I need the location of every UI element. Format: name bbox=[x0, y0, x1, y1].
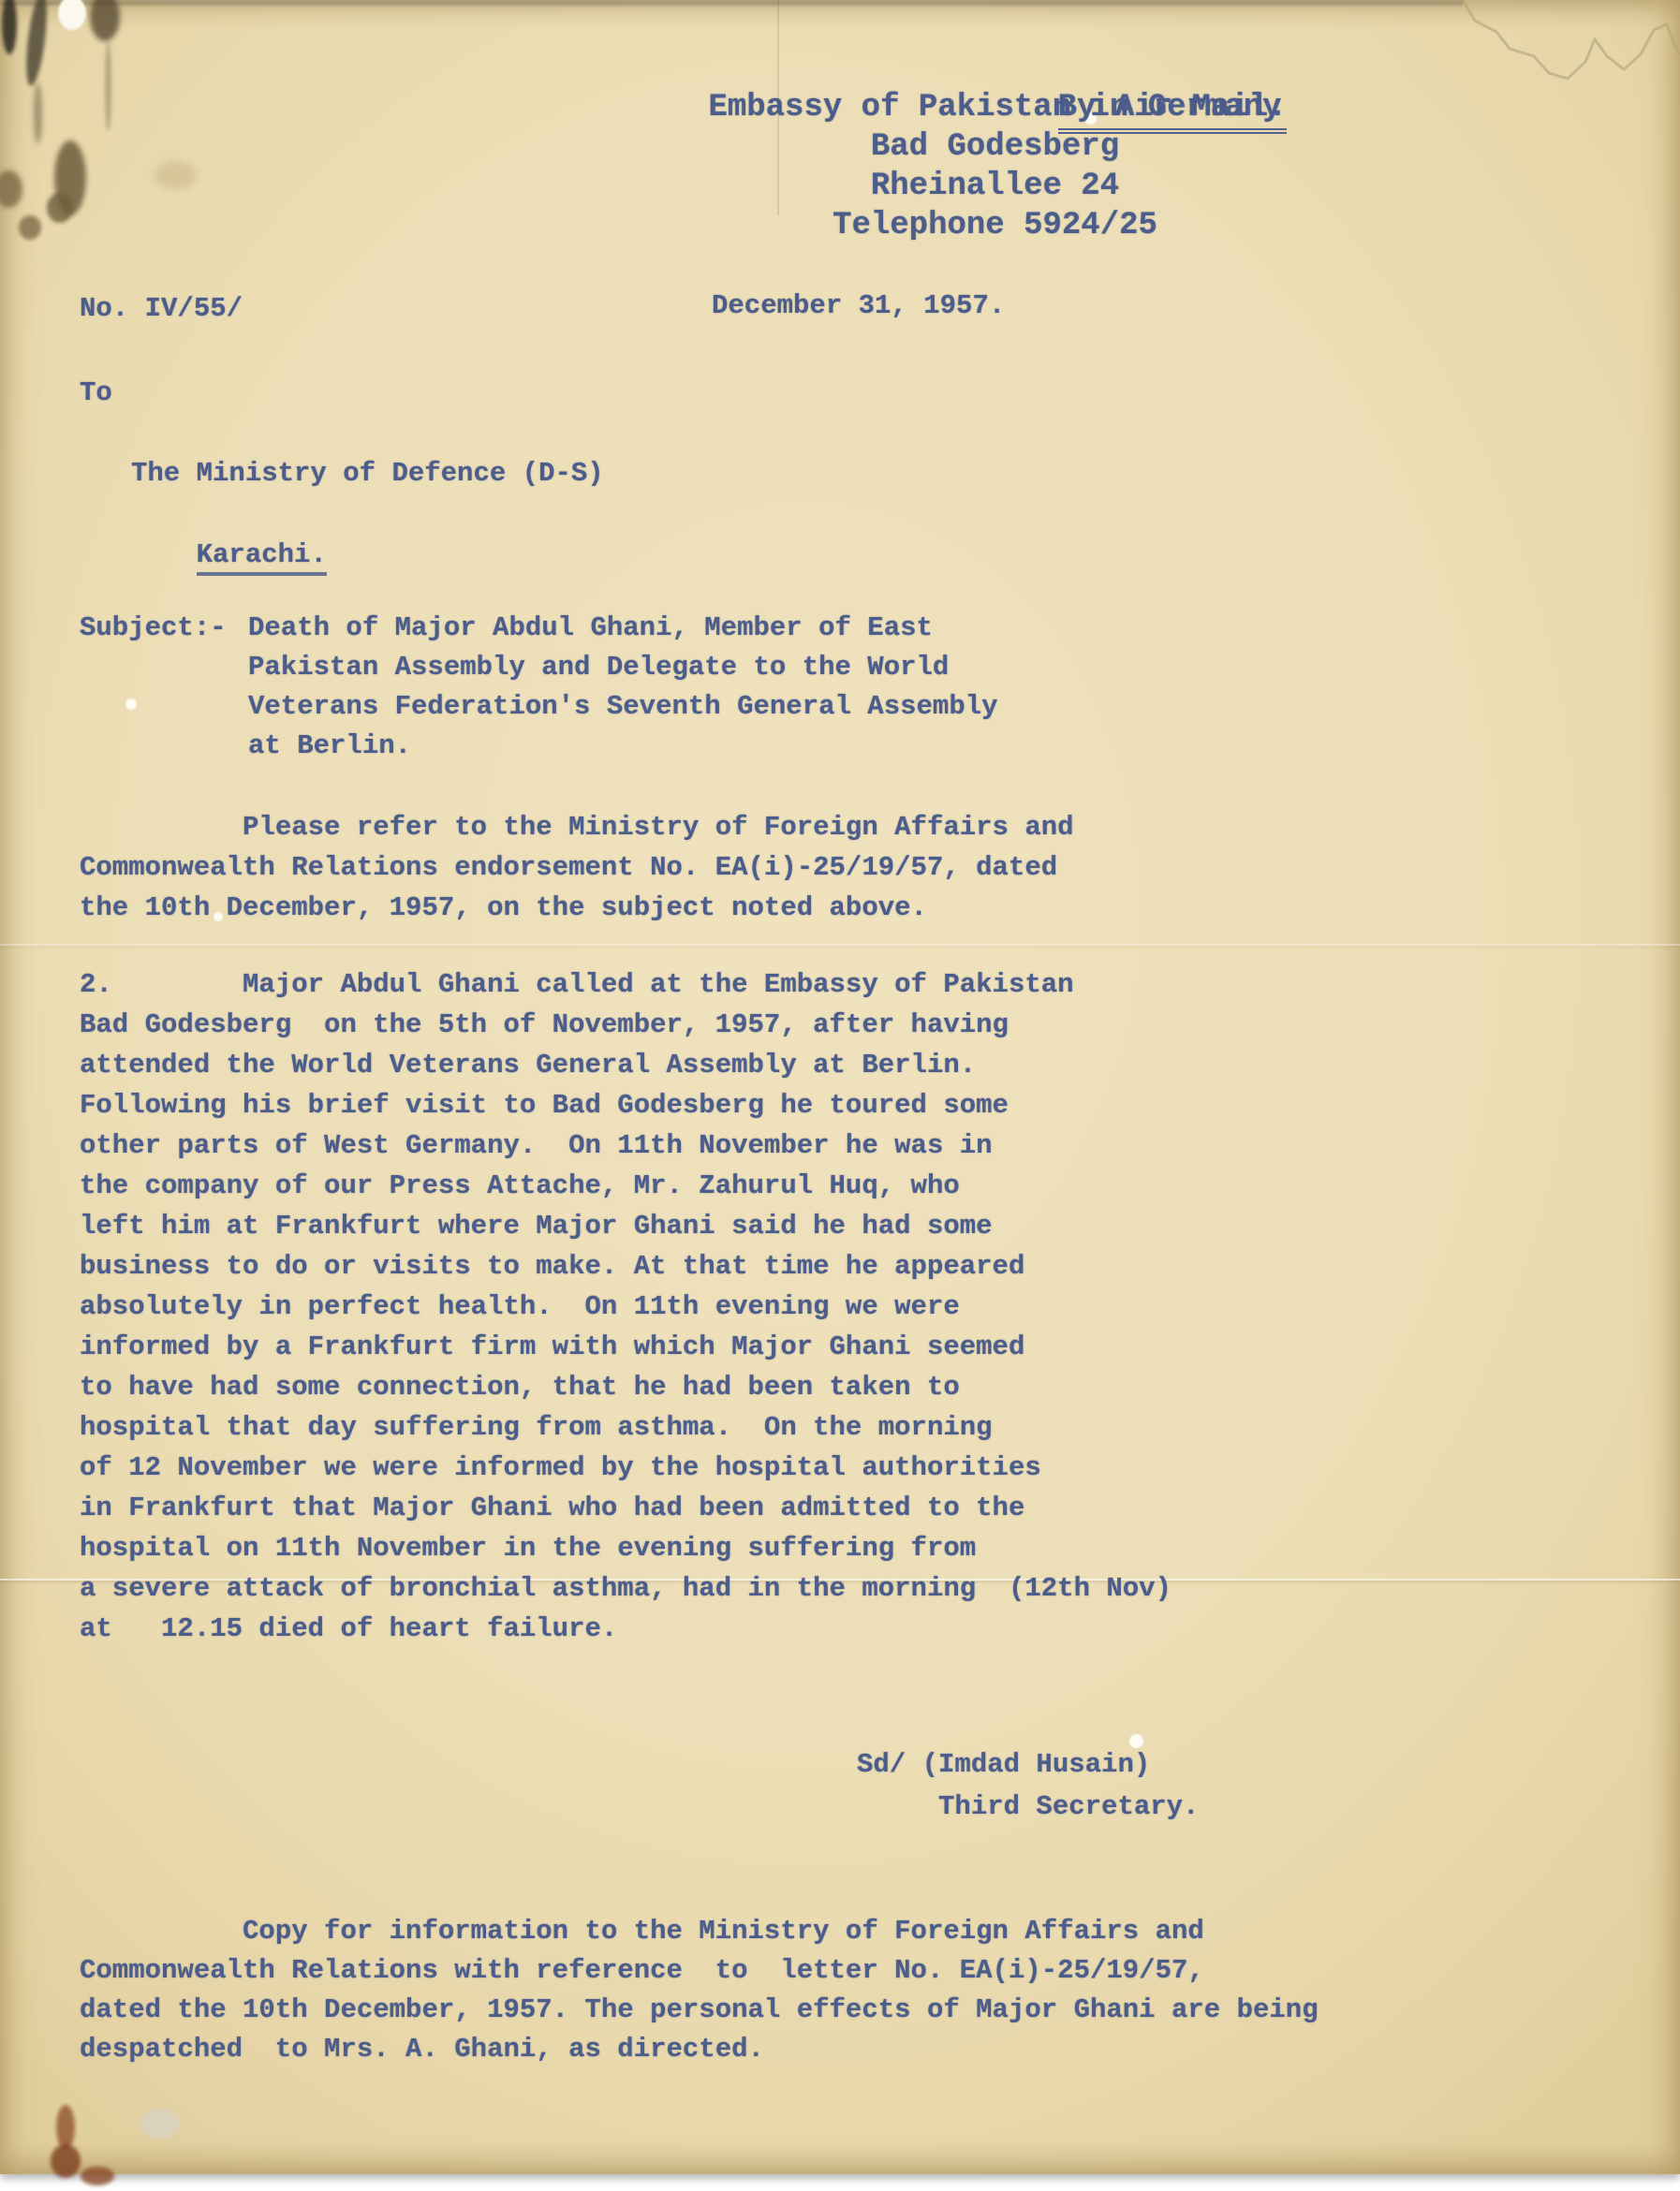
stain-blob-2 bbox=[47, 193, 73, 223]
addressee-city-text: Karachi. bbox=[197, 539, 327, 576]
stain-rust-1 bbox=[56, 2105, 75, 2150]
letter-date: December 31, 1957. bbox=[712, 286, 1005, 326]
addressee-to: To bbox=[80, 373, 112, 413]
stain-top-left-3 bbox=[34, 82, 42, 144]
punch-hole-2 bbox=[125, 698, 137, 710]
signature-block: Sd/ (Imdad Husain) Third Secretary. bbox=[857, 1743, 1199, 1828]
stain-blob-4 bbox=[19, 215, 41, 240]
embassy-letterhead: Embassy of Pakistan in Germany Bad Godes… bbox=[702, 88, 1288, 245]
stain-rust-3 bbox=[81, 2167, 114, 2185]
stain-rust-2 bbox=[51, 2144, 81, 2178]
reference-number: No. IV/55/ bbox=[80, 288, 243, 329]
addressee-city: Karachi. bbox=[131, 494, 327, 615]
addressee-recipient: The Ministry of Defence (D-S) bbox=[131, 453, 604, 493]
scanned-letter: By Air Mail. Embassy of Pakistan in Germ… bbox=[0, 0, 1680, 2191]
footer-copy-note: Copy for information to the Ministry of … bbox=[80, 1912, 1319, 2069]
stain-top-left-5 bbox=[105, 41, 111, 131]
subject-label: Subject:- bbox=[80, 609, 227, 648]
stain-faint-1 bbox=[155, 161, 197, 189]
subject-text: Death of Major Abdul Ghani, Member of Ea… bbox=[248, 609, 998, 766]
paragraph-1: Please refer to the Ministry of Foreign … bbox=[80, 807, 1074, 928]
paragraph-2: 2. Major Abdul Ghani called at the Embas… bbox=[80, 964, 1172, 1649]
stain-gray-chip bbox=[140, 2109, 180, 2139]
